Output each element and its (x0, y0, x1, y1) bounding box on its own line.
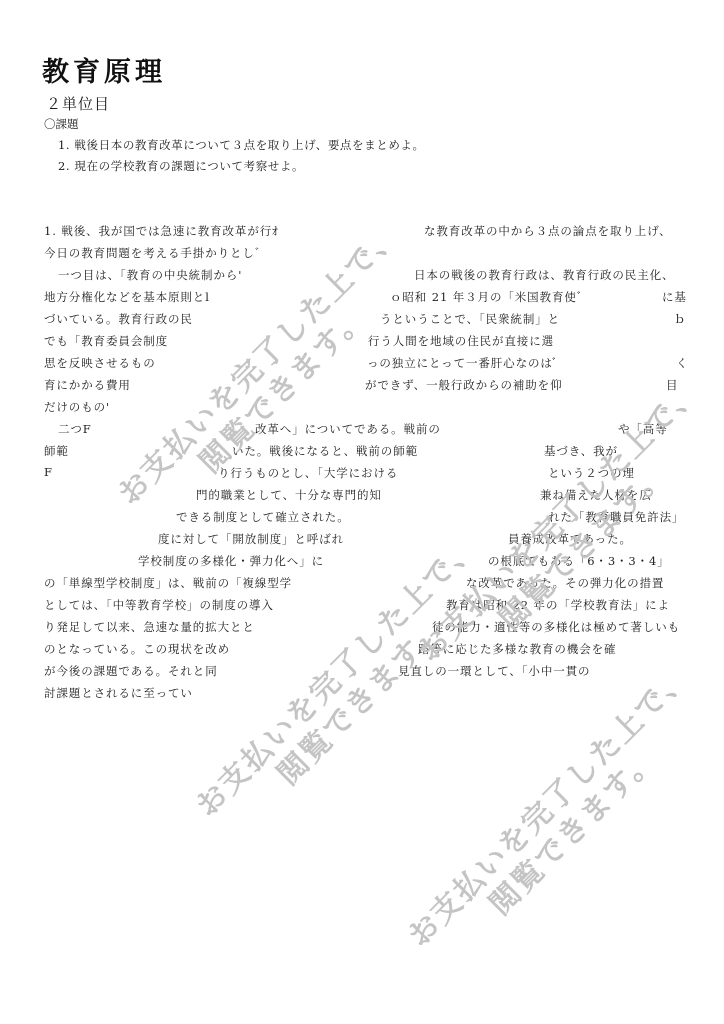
body-text-fragment: でも「教育委員会制度 (44, 333, 168, 349)
body-text-fragment: く (676, 355, 688, 371)
body-text-fragment: づいている。教育行政の民 (44, 311, 193, 327)
body-text-fragment: 育にかかる費用 (44, 377, 131, 393)
unit-heading: ２単位目 (46, 93, 110, 114)
task-label: 〇課題 (44, 116, 79, 132)
body-text-fragment: が今後の課題である。それと同 (44, 663, 218, 679)
body-text-fragment: に基 (662, 289, 687, 305)
body-text-fragment: れた「教育職員免許法」 (548, 509, 684, 525)
body-text-fragment: っの独立にとって一番肝心なのはﾞ (367, 355, 559, 371)
payment-watermark: お支払いを完了した上で、閲覧できます。 (402, 659, 722, 979)
body-text-fragment: 地方分権化などを基本原則とl (44, 289, 210, 305)
body-text-fragment: できる制度として確立された。 (176, 509, 350, 525)
body-text-fragment: 師範 (44, 443, 69, 459)
body-text-fragment: 今日の教育問題を考える手掛かりとし゛ (44, 245, 267, 261)
body-text-fragment: 一つ目は、「教育の中央統制から' (58, 267, 242, 283)
document-title: 教育原理 (42, 50, 166, 89)
body-text-fragment: だけのもの' (44, 399, 110, 415)
body-text-fragment: ができず、一般行政からの補助を仰 (365, 377, 562, 393)
body-text-fragment: 基づき、我が (544, 443, 618, 459)
body-text-fragment: 員養成改革であった。 (508, 531, 632, 547)
body-text-fragment: の根底でもある「6・3・3・4」 (488, 553, 670, 569)
body-text-fragment: 改革へ」についてである。戦前の (255, 421, 441, 437)
body-text-fragment: 兼ね備えた人材を広 (540, 487, 652, 503)
body-text-fragment: や「高等 (618, 421, 668, 437)
task-item-2: 2. 現在の学校教育の課題について考察せよ。 (58, 158, 304, 174)
body-text-fragment: 見直しの一環として、「小中一貫の (398, 663, 590, 679)
task-item-1: 1. 戦後日本の教育改革について３点を取り上げ、要点をまとめよ。 (58, 137, 425, 153)
body-text-fragment: 徒の能力・適性等の多様化は極めて著しいも (432, 619, 680, 635)
body-text-fragment: 1. 戦後、我が国では急速に教育改革が行ｵ (44, 223, 279, 239)
body-text-fragment: な改革であった。その弾力化の措置 (466, 575, 664, 591)
body-text-fragment: いた。戦後になると、戦前の師範 (232, 443, 418, 459)
body-text-fragment: 度に対して「開放制度」と呼ばれ (158, 531, 344, 547)
body-text-fragment: り発足して以来、急速な量的拡大とと (44, 619, 255, 635)
body-text-fragment: ｂ (674, 311, 686, 327)
watermark-line-1: お支払いを完了した上で、 (402, 659, 698, 955)
body-text-fragment: 門的職業として、十分な専門的知 (196, 487, 382, 503)
body-text-fragment: のとなっている。この現状を改め (44, 641, 230, 657)
body-text-fragment: F (44, 465, 53, 479)
body-text-fragment: うということで、「民衆統制」と (380, 311, 560, 327)
body-text-fragment: 学校制度の多様化・弾力化へ」に (138, 553, 324, 569)
body-text-fragment: 思を反映させるもの (44, 355, 156, 371)
watermark-line-2: 閲覧できます。 (426, 683, 722, 979)
body-text-fragment: り行うものとし、「大学における (218, 465, 398, 481)
body-text-fragment: 二つF (58, 421, 92, 437)
body-text-fragment: 目 (666, 377, 678, 393)
body-text-fragment: 行う人間を地域の住民が直接に選 (368, 333, 554, 349)
body-text-fragment: としては、「中等教育学校」の制度の導入 (44, 597, 274, 613)
body-text-fragment: 教育は昭和 22 年の「学校教育法」によ (446, 597, 670, 613)
body-text-fragment: な教育改革の中から３点の論点を取り上げ、 (424, 223, 672, 239)
body-text-fragment: 討課題とされるに至ってい (44, 685, 193, 701)
body-text-fragment: の「単線型学校制度」は、戦前の「複線型学 (44, 575, 292, 591)
body-text-fragment: 日本の戦後の教育行政は、教育行政の民主化、 (414, 267, 674, 283)
document-page: 教育原理 ２単位目 〇課題 1. 戦後日本の教育改革について３点を取り上げ、要点… (0, 0, 724, 1024)
body-text-fragment: 路等に応じた多様な教育の機会を確 (418, 641, 616, 657)
body-text-fragment: という２つの理 (548, 465, 635, 481)
body-text-fragment: ｏ昭和 21 年３月の「米国教育使ﾞ (390, 289, 583, 305)
